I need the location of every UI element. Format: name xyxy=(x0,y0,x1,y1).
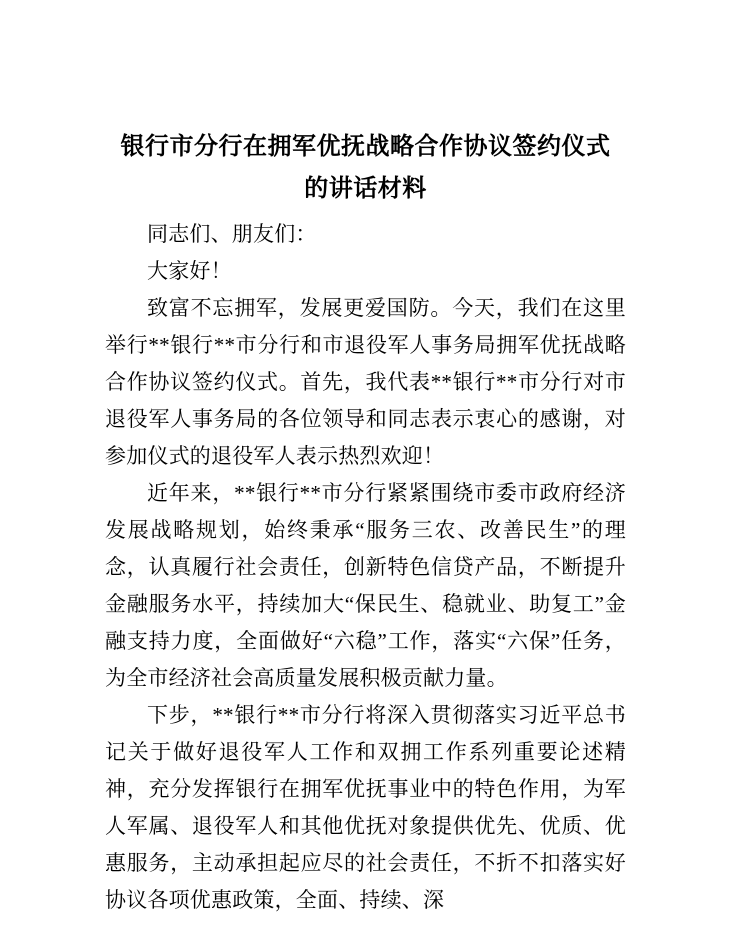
document-title-line-1: 银行市分行在拥军优抚战略合作协议签约仪式 xyxy=(121,133,611,160)
paragraph-salutation: 同志们、朋友们： xyxy=(105,216,626,253)
paragraph-greeting: 大家好！ xyxy=(105,253,626,290)
paragraph-opening: 致富不忘拥军，发展更爱国防。今天，我们在这里举行**银行**市分行和市退役军人事… xyxy=(105,290,626,475)
document-page: 银行市分行在拥军优抚战略合作协议签约仪式 的讲话材料 同志们、朋友们： 大家好！… xyxy=(0,0,731,946)
document-body: 同志们、朋友们： 大家好！ 致富不忘拥军，发展更爱国防。今天，我们在这里举行**… xyxy=(105,216,626,919)
paragraph-next-steps: 下步，**银行**市分行将深入贯彻落实习近平总书记关于做好退役军人工作和双拥工作… xyxy=(105,697,626,919)
document-title-line-2: 的讲话材料 xyxy=(304,175,427,202)
paragraph-recent-years: 近年来，**银行**市分行紧紧围绕市委市政府经济发展战略规划，始终秉承“服务三农… xyxy=(105,475,626,697)
document-title: 银行市分行在拥军优抚战略合作协议签约仪式 的讲话材料 xyxy=(105,126,626,210)
